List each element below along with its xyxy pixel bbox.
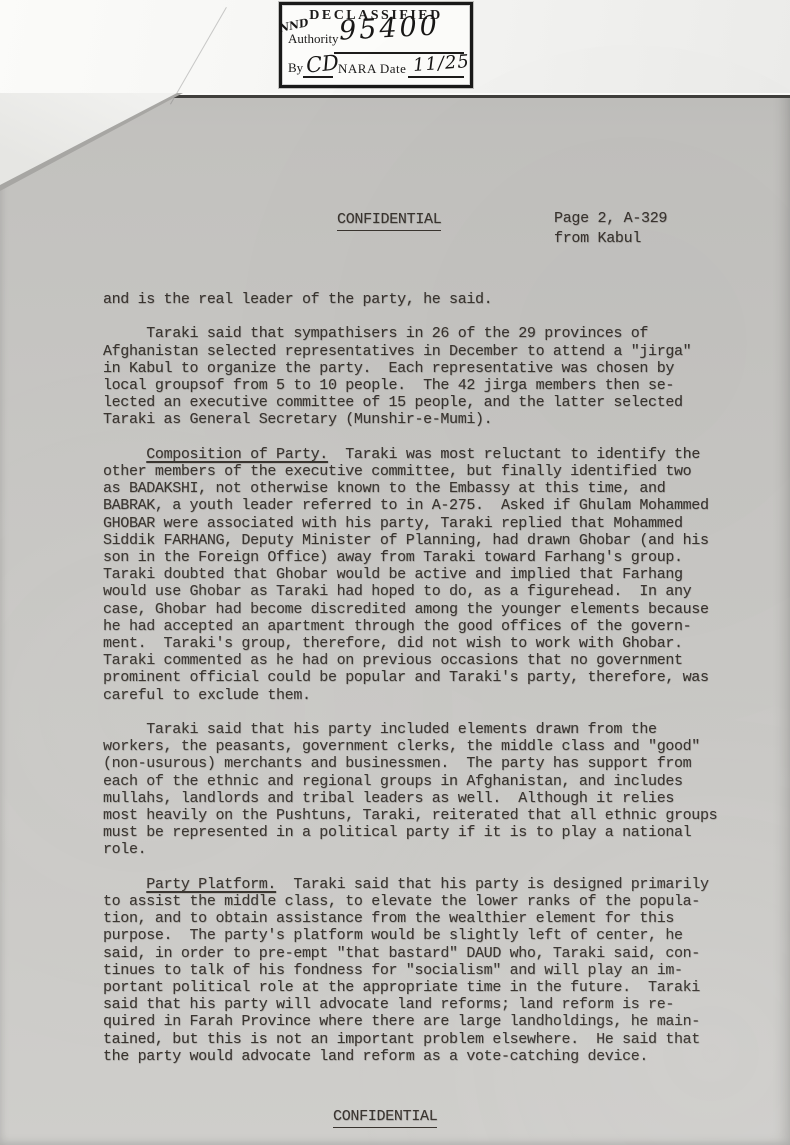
footer-classification: CONFIDENTIAL xyxy=(333,1108,437,1128)
header-page-number: Page 2, A-329 xyxy=(554,209,667,229)
body-text-line: said that his party will advocate land r… xyxy=(103,996,717,1013)
body-text-line: quired in Farah Province where there are… xyxy=(103,1013,717,1030)
stamp-authority-label: Authority xyxy=(288,31,339,47)
body-text-line: workers, the peasants, government clerks… xyxy=(103,738,717,755)
body-text-line: tinues to talk of his fondness for "soci… xyxy=(103,962,717,979)
document-body: and is the real leader of the party, he … xyxy=(103,291,717,1082)
body-text-line: said, in order to pre-empt "that bastard… xyxy=(103,945,717,962)
scanned-document-page: DECLASSIFIED NND Authority 95400 By CD N… xyxy=(0,0,790,1145)
body-text-line: Siddik FARHANG, Deputy Minister of Plann… xyxy=(103,532,717,549)
stamp-by-underline xyxy=(303,76,333,78)
stamp-date-handwriting: 11/25 xyxy=(412,51,470,76)
header-page-reference: Page 2, A-329 from Kabul xyxy=(554,209,667,249)
stamp-by-label: By xyxy=(288,60,303,76)
body-text-line: mullahs, landlords and tribal leaders as… xyxy=(103,790,717,807)
body-paragraph: Taraki said that sympathisers in 26 of t… xyxy=(103,325,717,428)
body-text-line: lected an executive committee of 15 peop… xyxy=(103,394,717,411)
section-heading: Party Platform. xyxy=(146,876,276,893)
body-text-line: Afghanistan selected representatives in … xyxy=(103,343,717,360)
body-text-line: the party would advocate land reform as … xyxy=(103,1048,717,1065)
stamp-authority-number-handwriting: 95400 xyxy=(338,10,440,46)
body-text-line: Taraki commented as he had on previous o… xyxy=(103,652,717,669)
body-text-line: BABRAK, a youth leader referred to in A-… xyxy=(103,497,717,514)
body-paragraph: Party Platform. Taraki said that his par… xyxy=(103,876,717,1065)
body-paragraph: Composition of Party. Taraki was most re… xyxy=(103,446,717,704)
body-text-line: purpose. The party's platform would be s… xyxy=(103,927,717,944)
stamp-nara-date-label: NARA Date xyxy=(338,61,406,77)
body-text-line: would use Ghobar as Taraki had hoped to … xyxy=(103,583,717,600)
body-text-line: tained, but this is not an important pro… xyxy=(103,1031,717,1048)
body-text-line: case, Ghobar had become discredited amon… xyxy=(103,601,717,618)
body-paragraph: and is the real leader of the party, he … xyxy=(103,291,717,308)
body-text-line: must be represented in a political party… xyxy=(103,824,717,841)
body-text-line: son in the Foreign Office) away from Tar… xyxy=(103,549,717,566)
body-text-line: Taraki as General Secretary (Munshir-e-M… xyxy=(103,411,717,428)
body-text-line: he had accepted an apartment through the… xyxy=(103,618,717,635)
body-text-line: (non-usurous) merchants and businessmen.… xyxy=(103,755,717,772)
body-text-line: to assist the middle class, to elevate t… xyxy=(103,893,717,910)
body-text-line: most heavily on the Pushtuns, Taraki, re… xyxy=(103,807,717,824)
body-text-line: other members of the executive committee… xyxy=(103,463,717,480)
body-text-line: as BADAKSHI, not otherwise known to the … xyxy=(103,480,717,497)
body-text-line: Taraki said that his party included elem… xyxy=(103,721,717,738)
body-text-line: tion, and to obtain assistance from the … xyxy=(103,910,717,927)
section-heading: Composition of Party. xyxy=(146,446,328,463)
body-text-line: each of the ethnic and regional groups i… xyxy=(103,773,717,790)
body-paragraph: Taraki said that his party included elem… xyxy=(103,721,717,859)
body-text-line: careful to exclude them. xyxy=(103,687,717,704)
header-classification: CONFIDENTIAL xyxy=(337,211,441,231)
body-text-line: role. xyxy=(103,841,717,858)
body-text-line: local groupsof from 5 to 10 people. The … xyxy=(103,377,717,394)
stamp-date-underline xyxy=(408,76,464,78)
body-text-line: GHOBAR were associated with his party, T… xyxy=(103,515,717,532)
header-origin: from Kabul xyxy=(554,229,667,249)
body-text-line: Taraki doubted that Ghobar would be acti… xyxy=(103,566,717,583)
body-text-line: ment. Taraki's group, therefore, did not… xyxy=(103,635,717,652)
declassified-stamp: DECLASSIFIED NND Authority 95400 By CD N… xyxy=(279,2,473,88)
body-text-line: Taraki said that sympathisers in 26 of t… xyxy=(103,325,717,342)
body-text-line: and is the real leader of the party, he … xyxy=(103,291,717,308)
body-text-line: in Kabul to organize the party. Each rep… xyxy=(103,360,717,377)
body-text-line: prominent official could be popular and … xyxy=(103,669,717,686)
body-text-line: portant political role at the appropriat… xyxy=(103,979,717,996)
stamp-by-initials-handwriting: CD xyxy=(305,50,340,77)
